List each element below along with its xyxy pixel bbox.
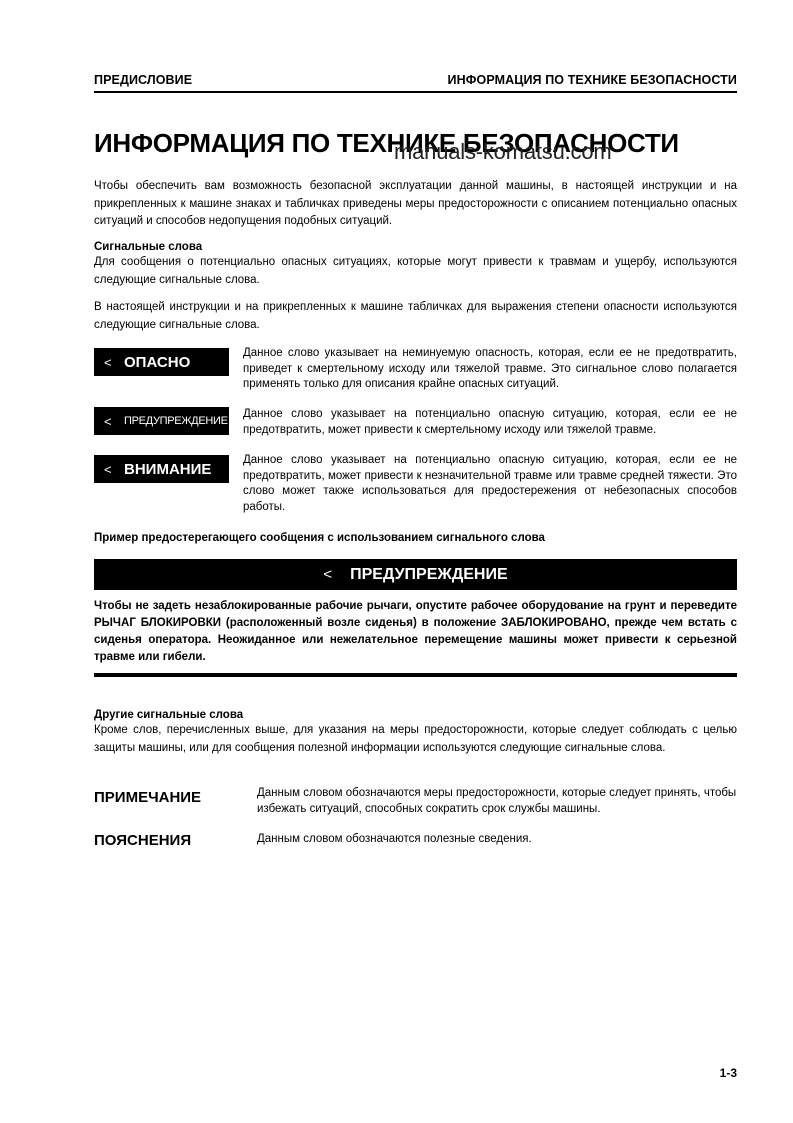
example-warning-bar: < ПРЕДУПРЕЖДЕНИЕ [94, 559, 737, 590]
warning-description: Данное слово указывает на потенциально о… [243, 407, 737, 438]
intro-paragraph: Чтобы обеспечить вам возможность безопас… [94, 178, 737, 231]
remarks-description: Данным словом обозначаются полезные свед… [257, 832, 737, 848]
alert-triangle-icon: < [104, 414, 124, 429]
page-number: 1-3 [720, 1066, 737, 1080]
example-heading: Пример предостерегающего сообщения с исп… [94, 530, 737, 548]
signal-words-para1: Для сообщения о потенциально опасных сит… [94, 254, 737, 289]
warning-label: ПРЕДУПРЕЖДЕНИЕ [124, 415, 228, 427]
caution-badge: < ВНИМАНИЕ [94, 455, 229, 483]
other-words-para: Кроме слов, перечисленных выше, для указ… [94, 722, 737, 757]
header-rule [94, 91, 737, 93]
notice-description: Данным словом обозначаются меры предосто… [257, 786, 737, 817]
example-warning-text: Чтобы не задеть незаблокированные рабочи… [94, 598, 737, 666]
caution-label: ВНИМАНИЕ [124, 461, 211, 478]
danger-label: ОПАСНО [124, 354, 190, 371]
notice-label: ПРИМЕЧАНИЕ [94, 789, 201, 806]
watermark: manuals-komatsu.com [394, 139, 612, 165]
alert-triangle-icon: < [104, 462, 124, 477]
remarks-label: ПОЯСНЕНИЯ [94, 832, 191, 849]
alert-triangle-icon: < [104, 355, 124, 370]
danger-badge: < ОПАСНО [94, 348, 229, 376]
alert-triangle-icon: < [323, 566, 332, 583]
running-header-section: ПРЕДИСЛОВИЕ [94, 73, 192, 87]
example-warning-label: ПРЕДУПРЕЖДЕНИЕ [350, 566, 508, 584]
warning-badge: < ПРЕДУПРЕЖДЕНИЕ [94, 407, 229, 435]
caution-description: Данное слово указывает на потенциально о… [243, 453, 737, 515]
signal-words-para2: В настоящей инструкции и на прикрепленны… [94, 299, 737, 334]
example-bottom-rule [94, 673, 737, 677]
running-header-chapter: ИНФОРМАЦИЯ ПО ТЕХНИКЕ БЕЗОПАСНОСТИ [448, 73, 737, 87]
danger-description: Данное слово указывает на неминуемую опа… [243, 346, 737, 393]
